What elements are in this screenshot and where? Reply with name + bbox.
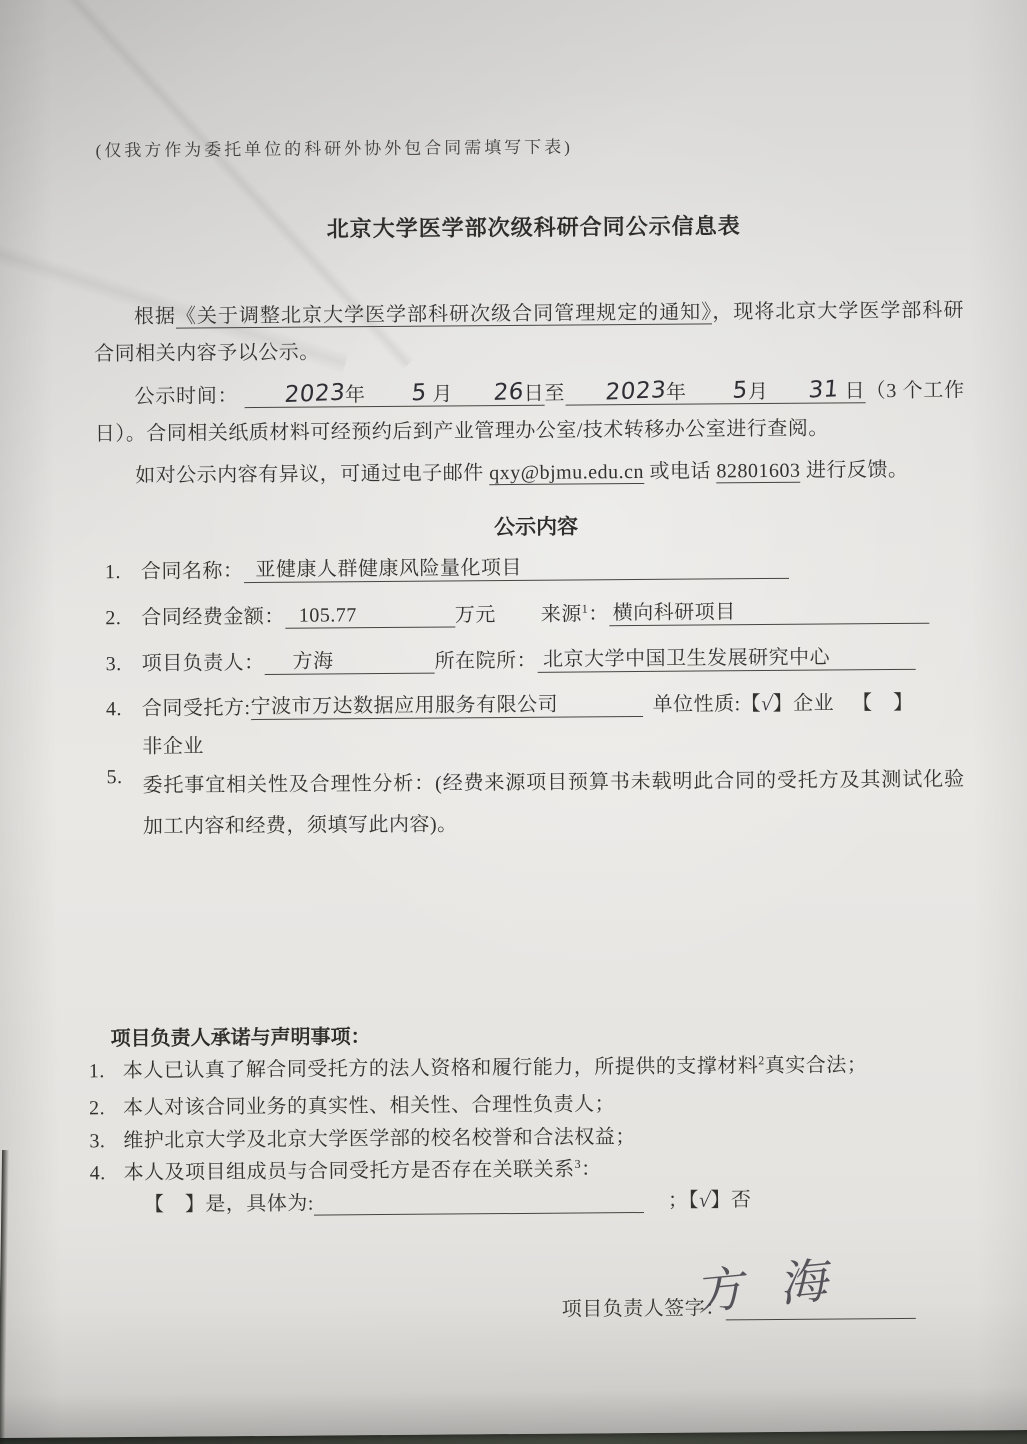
- bracket-open: 【: [741, 693, 762, 715]
- contract-name-value: 亚健康人群健康风险量化项目: [243, 557, 522, 581]
- content-section-heading: 公示内容: [22, 507, 1027, 545]
- leader-field: 方海: [264, 644, 434, 675]
- item-number-5: 5.: [106, 766, 122, 789]
- document-title: 北京大学医学部次级科研合同公示信息表: [20, 207, 1027, 246]
- intro-lead: 根据: [134, 306, 176, 328]
- feedback-paragraph: 如对公示内容有异议，可通过电子邮件 qxy@bjmu.edu.cn 或电话 82…: [95, 451, 965, 495]
- content-item-3: 3.项目负责人：方海所在院所：北京大学中国卫生发展研究中心: [106, 640, 916, 676]
- day-unit: 日: [845, 380, 866, 402]
- commitment-2-text: 本人对该合同业务的真实性、相关性、合理性负责人；: [123, 1093, 615, 1119]
- commitment-item-2: 2.本人对该合同业务的真实性、相关性、合理性负责人；: [89, 1087, 615, 1120]
- non-enterprise-checkbox: 【 】: [852, 692, 914, 714]
- date-end-field: 2023年 5月31 日: [565, 380, 865, 405]
- trustee-field: 宁波市万达数据应用服务有限公司: [250, 687, 642, 720]
- date-end-month-handwritten: 5: [692, 380, 749, 402]
- source-field: 横向科研项目: [609, 594, 929, 627]
- date-start-day-handwritten: 26: [452, 382, 524, 405]
- contract-amount-label: 合同经费金额：: [141, 606, 285, 629]
- date-start-month-handwritten: 5: [371, 383, 428, 405]
- source-value: 横向科研项目: [609, 601, 736, 624]
- contract-amount-value: 105.77: [285, 604, 357, 627]
- feedback-email: qxy@bjmu.edu.cn: [489, 461, 644, 485]
- intro-paragraph: 根据《关于调整北京大学医学部科研次级合同管理规定的通知》，现将北京大学医学部科研…: [94, 292, 965, 373]
- bracket-close: 】: [772, 693, 793, 715]
- commitment-3-text: 维护北京大学及北京大学医学部的校名校誉和合法权益；: [123, 1126, 636, 1152]
- enterprise-checkbox: 【√】: [741, 693, 794, 715]
- item-number: 1.: [89, 1060, 123, 1083]
- commitment-1-text: 本人已认真了解合同受托方的法人资格和履行能力，所提供的支撑材料: [123, 1055, 759, 1082]
- source-label: 来源: [541, 603, 582, 625]
- item-number: 1.: [105, 561, 141, 584]
- commitment-item-1: 1.本人已认真了解合同受托方的法人资格和履行能力，所提供的支撑材料2真实合法；: [89, 1048, 868, 1083]
- content-item-2: 2.合同经费金额：105.77万元来源1：横向科研项目: [105, 594, 929, 630]
- commitment-4-tail: ：: [581, 1158, 602, 1180]
- notice-title: 《关于调整北京大学医学部科研次级合同管理规定的通知》: [176, 301, 713, 328]
- content-item-4: 4.合同受托方:宁波市万达数据应用服务有限公司单位性质:【√】企业【 】: [106, 685, 914, 721]
- signature-underline: [726, 1318, 916, 1320]
- top-note: (仅我方作为委托单位的科研外协外包合同需填写下表): [95, 133, 573, 162]
- commitment-heading: 项目负责人承诺与声明事项：: [110, 1020, 370, 1051]
- contract-name-field: 亚健康人群健康风险量化项目: [243, 549, 788, 583]
- dept-value: 北京大学中国卫生发展研究中心: [537, 647, 830, 671]
- commitment-item-4: 4.本人及项目组成员与合同受托方是否存在关联关系3：: [90, 1152, 602, 1185]
- relation-detail-blank: [314, 1212, 644, 1216]
- feedback-mid: 或电话: [644, 460, 717, 483]
- photo-background: (仅我方作为委托单位的科研外协外包合同需填写下表) 北京大学医学部次级科研合同公…: [0, 0, 1027, 1444]
- yes-checkbox: 【 】: [144, 1193, 206, 1215]
- bracket-close: 】: [710, 1189, 731, 1211]
- day-unit: 日: [523, 383, 544, 405]
- contract-name-label: 合同名称：: [141, 560, 244, 583]
- date-start-year-handwritten: 2023: [243, 383, 345, 407]
- item-number: 5.: [106, 766, 122, 788]
- item-number: 2.: [105, 607, 141, 630]
- source-colon: ：: [588, 603, 609, 625]
- date-start-field: 2023年 5 月26日: [244, 383, 544, 408]
- item-number: 4.: [90, 1162, 124, 1185]
- year-unit: 年: [666, 382, 687, 404]
- content-item-4-line2: 非企业: [142, 729, 204, 758]
- item-number: 3.: [89, 1130, 123, 1153]
- contract-amount-field: 105.77: [285, 603, 455, 628]
- dept-label: 所在院所：: [435, 650, 538, 673]
- paper-sheet: (仅我方作为委托单位的科研外协外包合同需填写下表) 北京大学医学部次级科研合同公…: [0, 0, 1027, 1438]
- dept-field: 北京大学中国卫生发展研究中心: [537, 640, 915, 673]
- amount-unit: 万元: [455, 604, 496, 626]
- answer-separator: ；: [668, 1190, 689, 1212]
- nature-label: 单位性质:: [652, 693, 740, 716]
- commitment-4-text: 本人及项目组成员与合同受托方是否存在关联关系: [124, 1159, 575, 1185]
- content-item-1: 1.合同名称：亚健康人群健康风险量化项目: [105, 549, 789, 584]
- feedback-tail: 进行反馈。: [800, 459, 908, 482]
- yes-label: 是，具体为:: [205, 1193, 314, 1216]
- leader-value: 方海: [265, 650, 334, 673]
- enterprise-label: 企业: [793, 692, 834, 714]
- item-number: 2.: [89, 1097, 123, 1120]
- feedback-lead: 如对公示内容有异议，可通过电子邮件: [135, 462, 489, 487]
- trustee-value: 宁波市万达数据应用服务有限公司: [250, 694, 558, 718]
- date-end-year-handwritten: 2023: [564, 380, 666, 404]
- document-content: (仅我方作为委托单位的科研外协外包合同需填写下表) 北京大学医学部次级科研合同公…: [0, 0, 1027, 1444]
- month-unit: 月: [432, 383, 453, 405]
- leader-label: 项目负责人：: [142, 652, 265, 675]
- no-checkbox: 【√】: [688, 1189, 731, 1211]
- publicity-period-paragraph: 公示时间： 2023年 5 月26日至2023年 5月31 日（3 个工作日）。…: [94, 372, 965, 453]
- item-number: 3.: [106, 653, 142, 676]
- commitment-1-tail: 真实合法；: [765, 1054, 868, 1077]
- date-end-day-handwritten: 31: [768, 379, 840, 402]
- analysis-text: 委托事宜相关性及合理性分析：(经费来源项目预算书未载明此合同的受托方及其测试化验…: [143, 768, 965, 837]
- date-to: 至: [544, 383, 565, 405]
- commitment-item-3: 3.维护北京大学及北京大学医学部的校名校誉和合法权益；: [89, 1120, 636, 1153]
- item-number: 4.: [106, 698, 142, 721]
- month-unit: 月: [748, 381, 769, 403]
- trustee-label: 合同受托方:: [142, 697, 251, 720]
- publicity-period-label: 公示时间：: [134, 385, 238, 408]
- non-enterprise-label: 非企业: [142, 735, 204, 757]
- relation-answer-line: 【 】是，具体为:；【√】否: [144, 1183, 752, 1217]
- content-item-5: 委托事宜相关性及合理性分析：(经费来源项目预算书未载明此合同的受托方及其测试化验…: [142, 759, 965, 847]
- feedback-phone: 82801603: [716, 460, 800, 484]
- year-unit: 年: [345, 384, 366, 406]
- no-label: 否: [731, 1189, 752, 1211]
